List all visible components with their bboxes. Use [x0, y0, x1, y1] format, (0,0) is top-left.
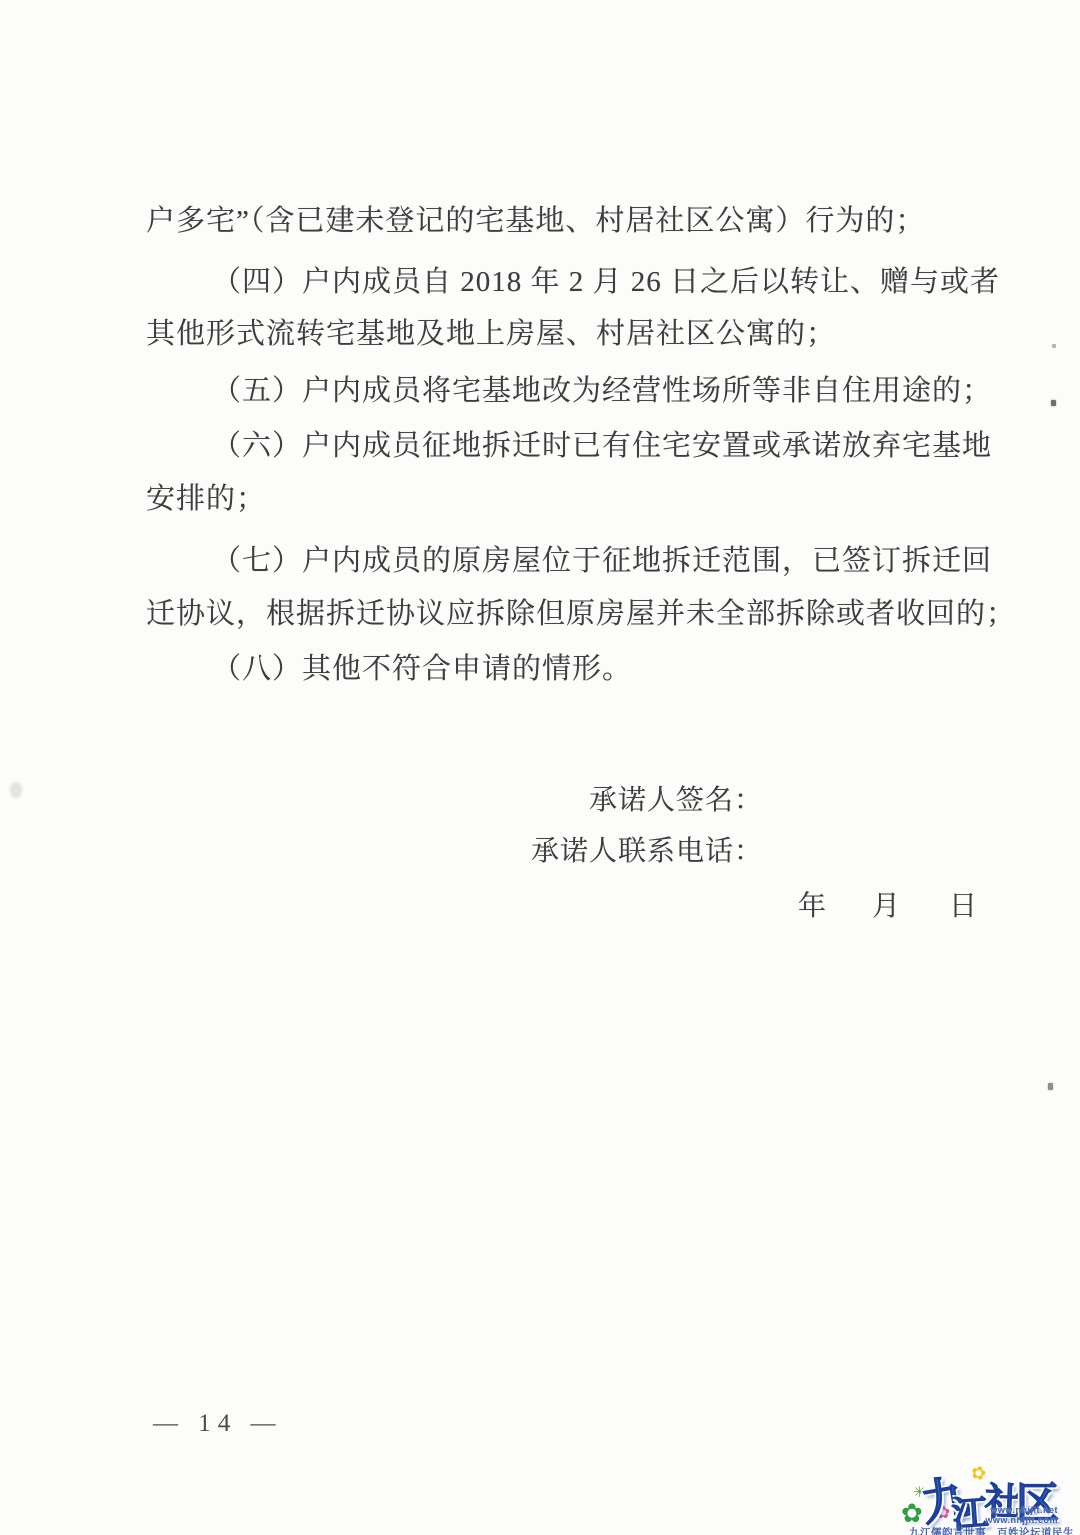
scanned-document-page: 户多宅”（含已建未登记的宅基地、村居社区公寓）行为的； （四）户内成员自 201…	[0, 0, 1080, 1535]
date-year-label: 年	[798, 884, 827, 924]
doc-text-line: （四）户内成员自 2018 年 2 月 26 日之后以转让、赠与或者	[212, 264, 1000, 300]
doc-text-line: （五）户内成员将宅基地改为经营性场所等非自住用途的；	[212, 373, 992, 409]
doc-text-line: （八）其他不符合申请的情形。	[212, 651, 632, 687]
scan-speck	[1051, 400, 1056, 406]
signer-name-label: 承诺人签名：	[589, 778, 763, 818]
doc-text-line: （七）户内成员的原房屋位于征地拆迁范围，已签订拆迁回	[212, 543, 992, 579]
scan-speck	[1048, 1083, 1053, 1090]
forum-watermark-logo: ✳ ✿ ✿ ✿ 九 江 社 区 www.nhjjlt.net www.nhjjl…	[895, 1440, 1080, 1535]
date-month-label: 月	[872, 884, 901, 924]
date-day-label: 日	[949, 884, 978, 924]
forum-url-com: www.nhjjlt.com	[985, 1515, 1058, 1525]
scan-speck	[1052, 344, 1056, 348]
flower-icon: ✿	[901, 1500, 923, 1526]
doc-text-line: 迁协议，根据拆迁协议应拆除但原房屋并未全部拆除或者收回的；	[146, 596, 1016, 632]
doc-text-line: 安排的；	[146, 481, 266, 517]
signer-phone-label: 承诺人联系电话：	[531, 829, 763, 869]
forum-url-net: www.nhjjlt.net	[990, 1505, 1058, 1515]
page-number: — 14 —	[153, 1410, 283, 1438]
signature-date-line: 年 月 日	[798, 884, 978, 924]
doc-text-line: （六）户内成员征地拆迁时已有住宅安置或承诺放弃宅基地	[212, 428, 992, 464]
scan-smudge	[10, 782, 22, 798]
doc-text-line: 户多宅”（含已建未登记的宅基地、村居社区公寓）行为的；	[146, 203, 925, 239]
doc-text-line: 其他形式流转宅基地及地上房屋、村居社区公寓的；	[146, 316, 836, 352]
forum-tagline: 九江儒韵言世事 百姓论坛道民生	[909, 1525, 1074, 1535]
